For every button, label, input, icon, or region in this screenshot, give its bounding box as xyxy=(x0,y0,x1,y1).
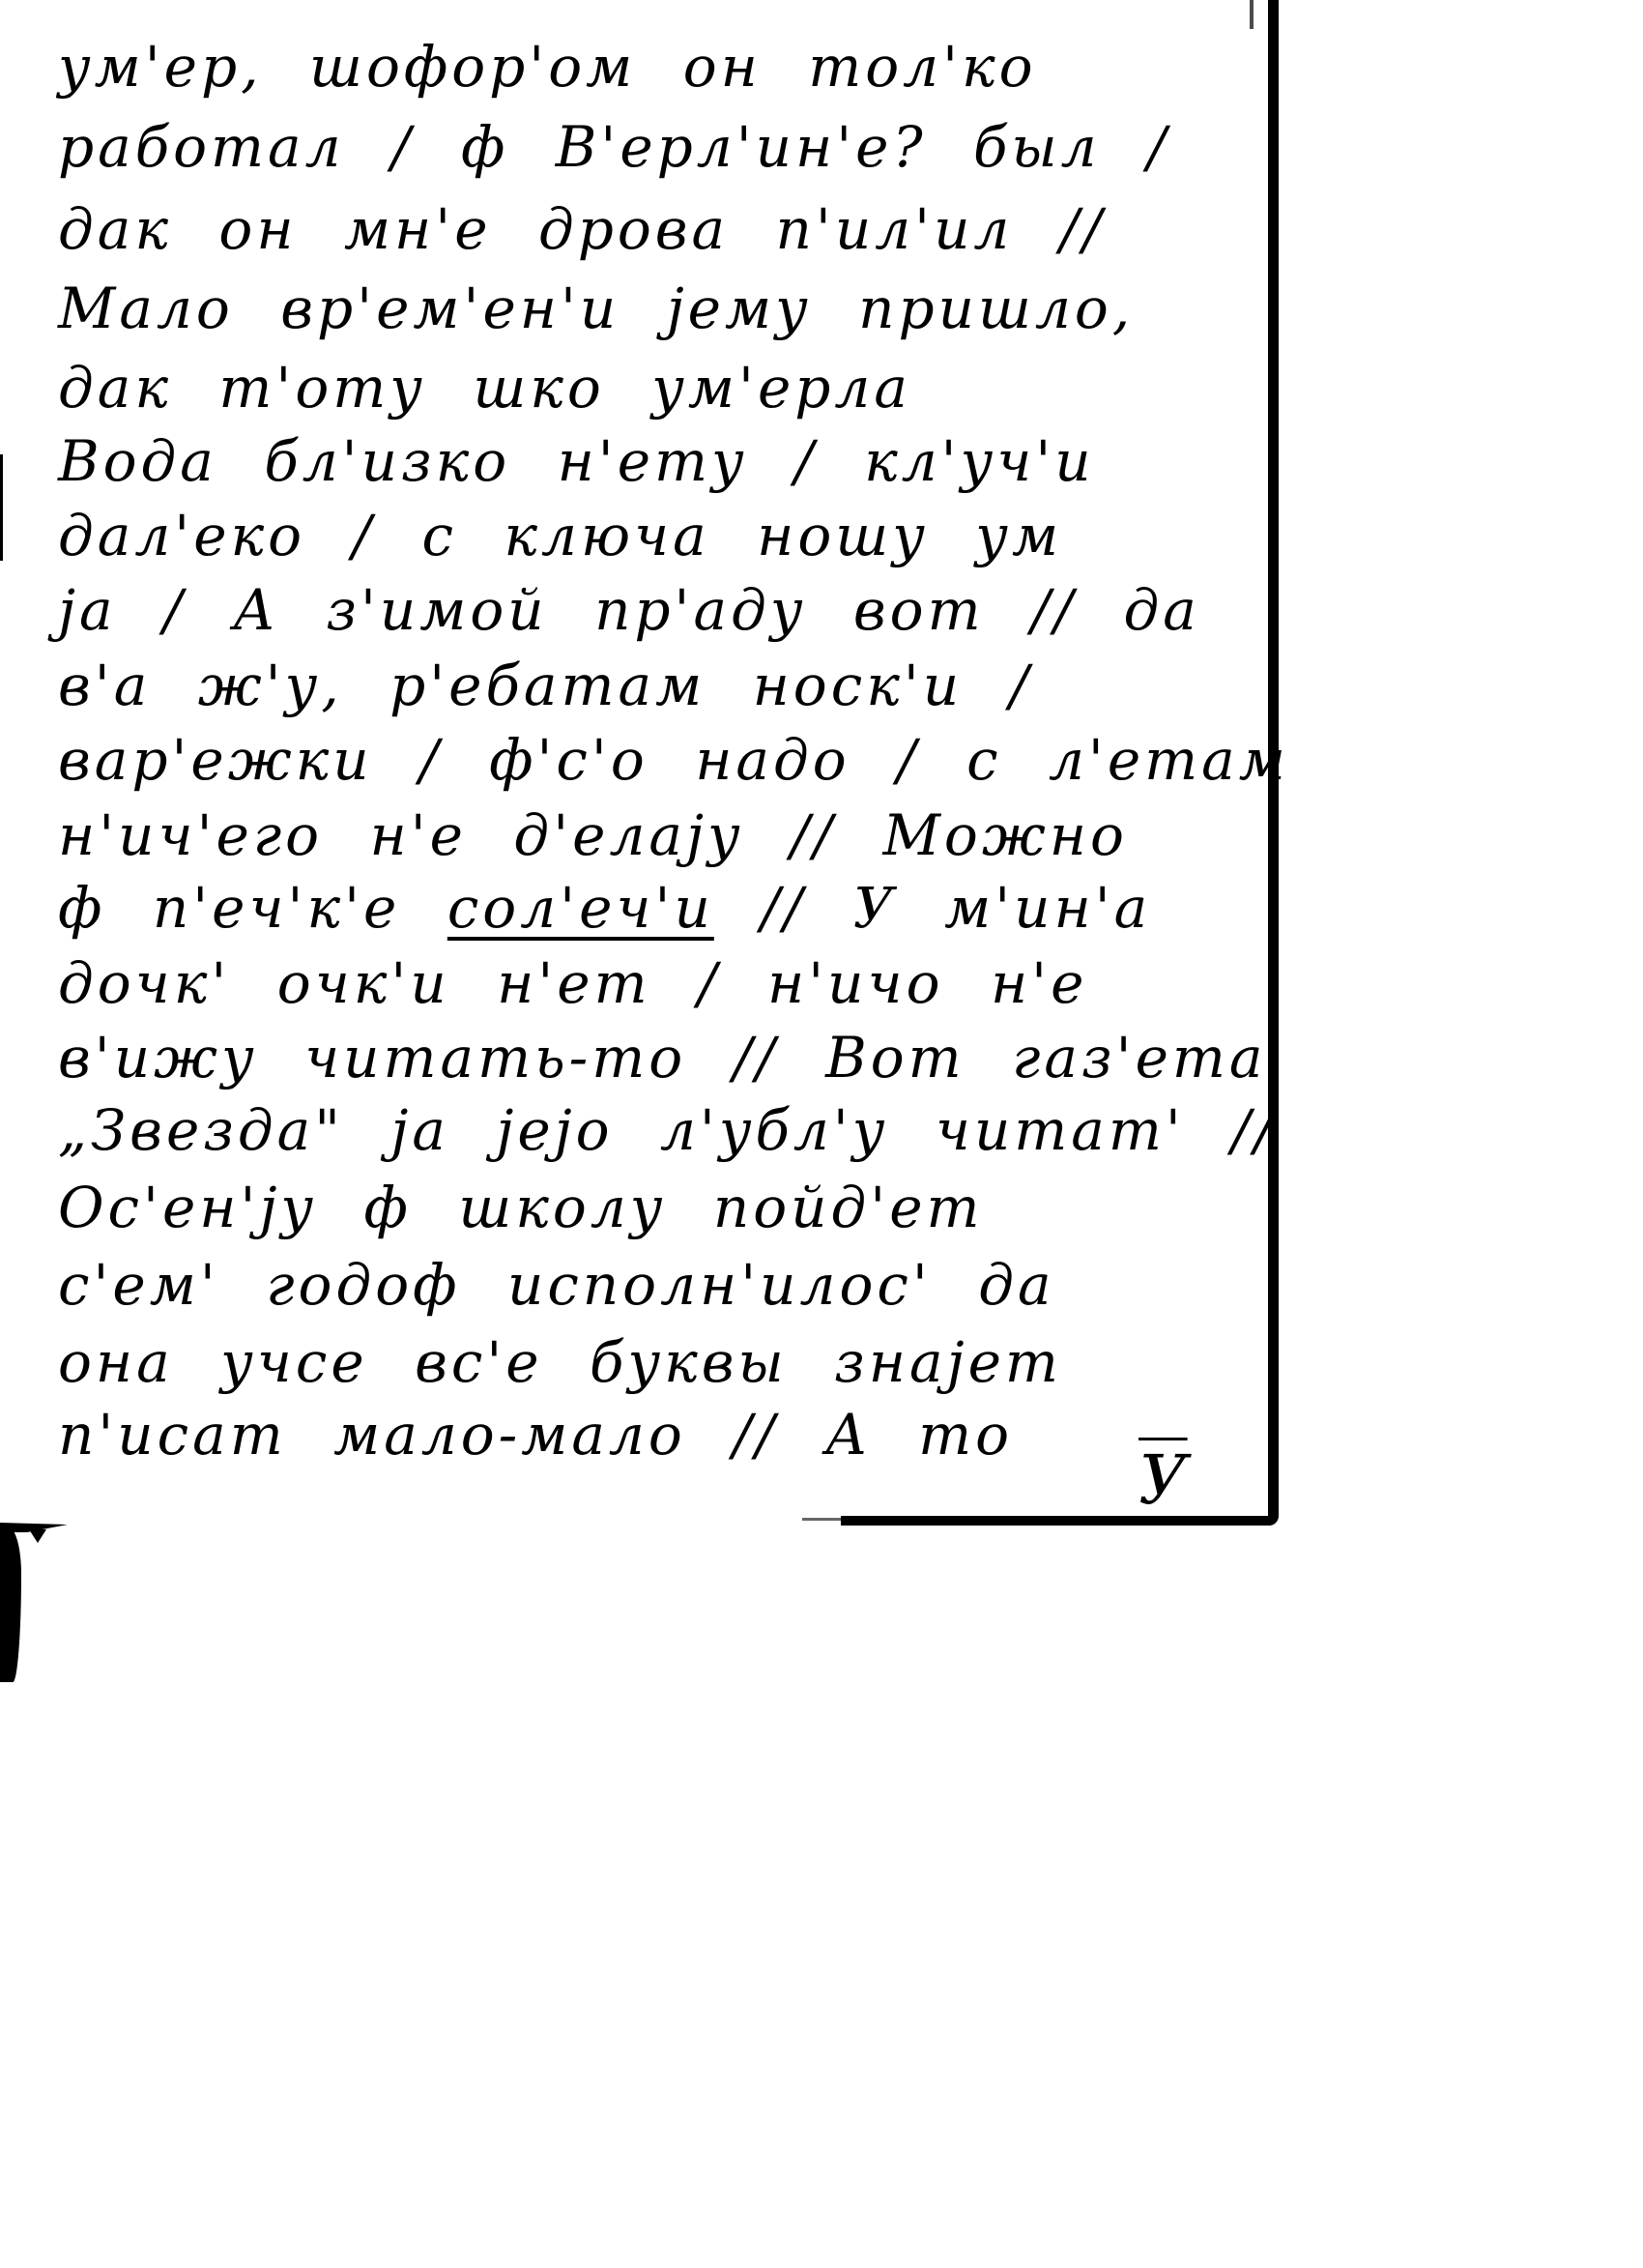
text-line-5: дак т'оту шко ум'ерла xyxy=(58,360,911,416)
text-line-19: п'исат мало-мало // А то xyxy=(58,1407,1013,1463)
line-12-suffix: // У м'ин'а xyxy=(714,875,1151,941)
text-line-2: работал / ф В'ерл'ин'е? был / xyxy=(58,119,1170,175)
text-line-4: Мало вр'ем'ен'и јему пришло, xyxy=(58,280,1134,336)
scan-edge-mark xyxy=(0,454,3,561)
text-line-1: ум'ер, шофор'ом он тол'ко xyxy=(58,39,1037,95)
text-line-13: дочк' очк'и н'ет / н'ичо н'е xyxy=(58,955,1087,1011)
text-line-14: в'ижу читать-то // Вот газ'ета xyxy=(58,1030,1266,1086)
text-line-3: дак он мн'е дрова п'ил'ил // xyxy=(58,201,1106,257)
text-line-11: н'ич'его н'е д'елају // Можно xyxy=(58,807,1128,863)
text-line-9: в'а ж'у, р'ебатам носк'и / xyxy=(58,657,1032,713)
text-line-18: она учсе вс'е буквы знајет xyxy=(58,1334,1062,1390)
text-line-16: Ос'ен'ју ф школу пойд'ет xyxy=(58,1179,984,1236)
text-line-10: вар'ежки / ф'с'о надо / с л'етам xyxy=(58,732,1289,788)
scan-artifact-triangle xyxy=(29,1529,46,1543)
text-line-17: с'ем' годоф исполн'илос' да xyxy=(58,1257,1055,1313)
text-line-12: ф п'еч'к'е сол'еч'и // У м'ин'а xyxy=(58,880,1151,936)
text-line-6: Вода бл'изко н'ету / кл'уч'и xyxy=(58,433,1095,489)
scan-artifact-blob xyxy=(0,1527,21,1682)
text-line-7: дал'еко / с ключа ношу ум xyxy=(58,508,1062,564)
text-line-15: „Звезда" ја јејо л'убл'у читат' // xyxy=(58,1102,1277,1158)
page-marker: У xyxy=(1139,1440,1188,1520)
text-line-8: ја / А з'имой пр'аду вот // да xyxy=(58,582,1200,638)
card-border-bottom xyxy=(841,1516,1278,1526)
frame-top-mark xyxy=(1250,0,1254,29)
scanned-page: ум'ер, шофор'ом он тол'ко работал / ф В'… xyxy=(0,0,1643,2268)
underlined-word: сол'еч'и xyxy=(447,875,714,941)
line-12-prefix: ф п'еч'к'е xyxy=(58,875,447,941)
